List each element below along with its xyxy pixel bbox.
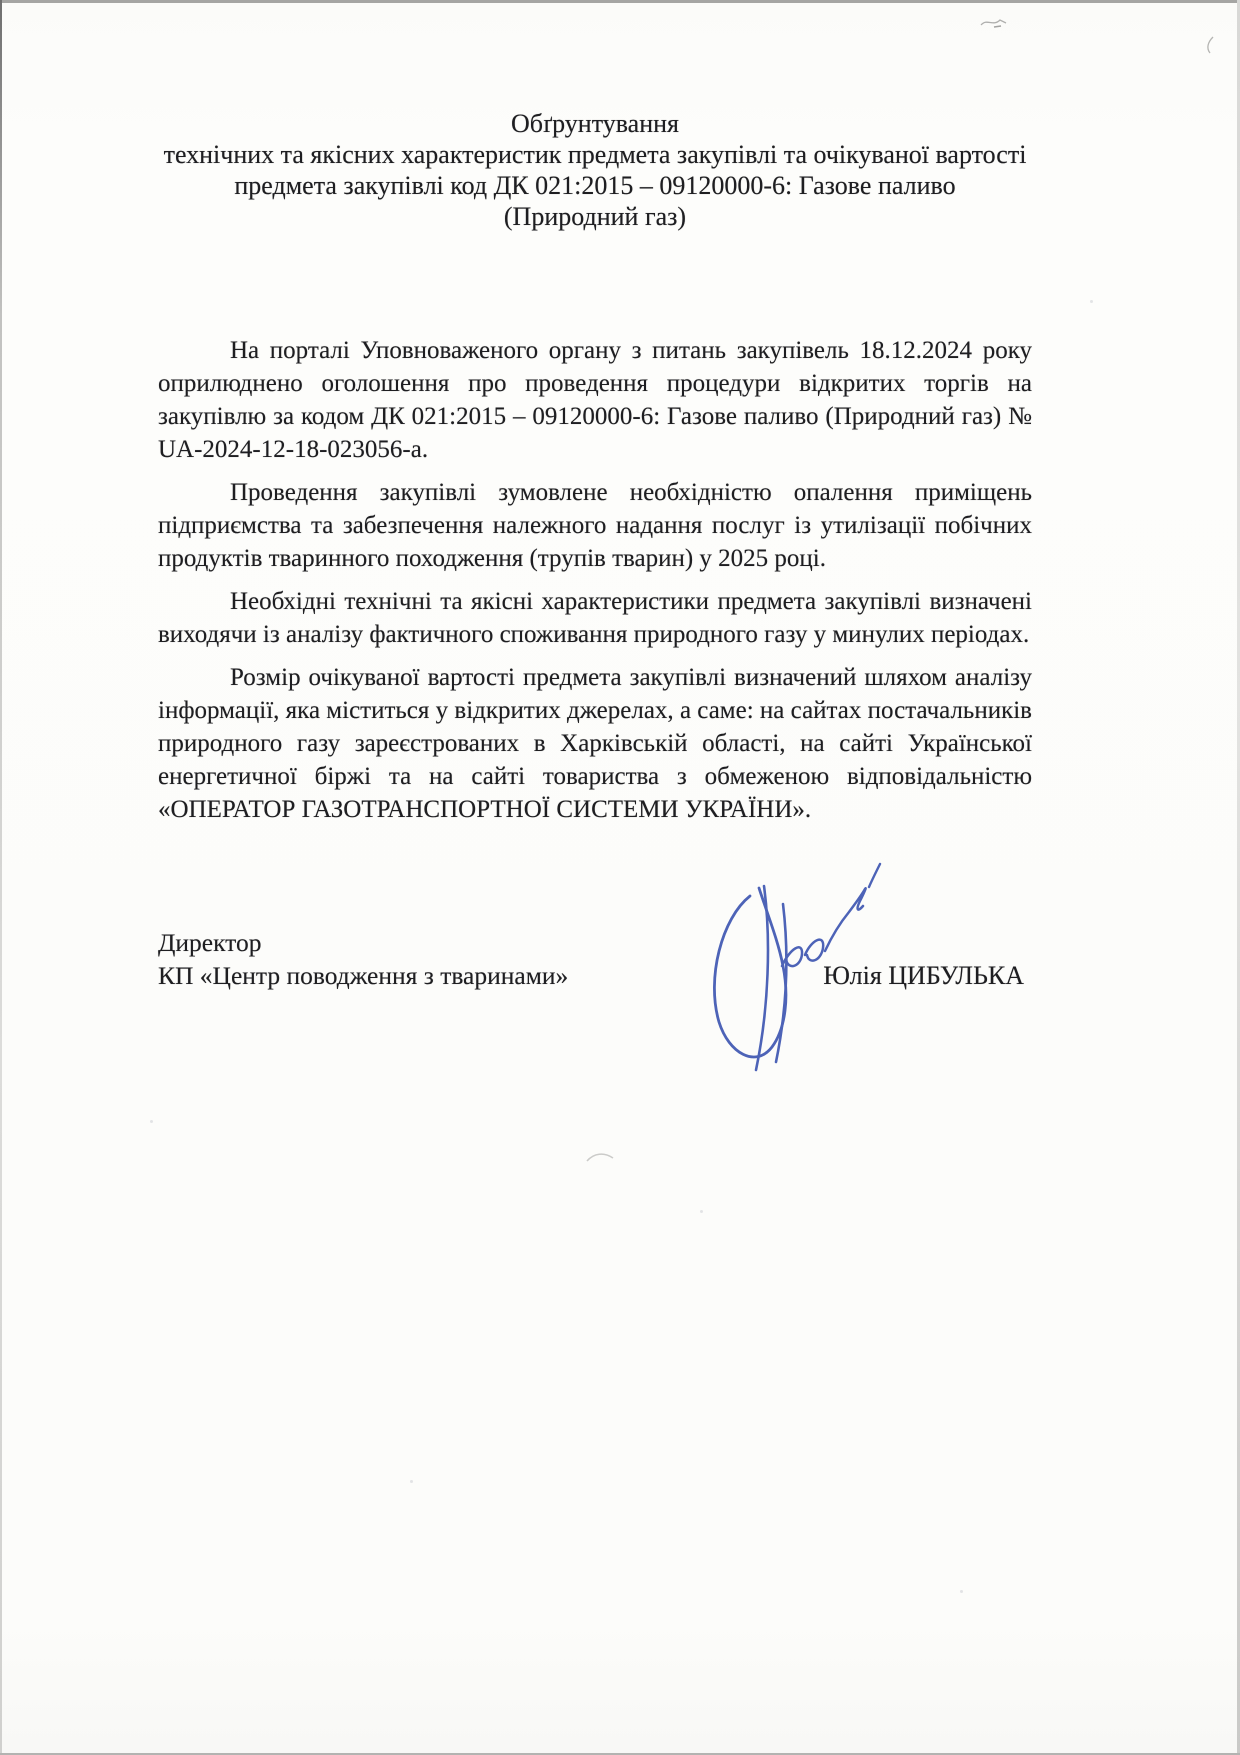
- scan-speck: [960, 1590, 963, 1593]
- title-line-2: технічних та якісних характеристик предм…: [158, 139, 1032, 170]
- title-line-4: (Природний газ): [158, 201, 1032, 232]
- scanned-page: Обґрунтування технічних та якісних харак…: [0, 0, 1240, 1755]
- signer-name: Юлія ЦИБУЛЬКА: [823, 959, 1032, 992]
- scan-speck: [150, 1120, 153, 1123]
- paragraph-expected-value: Розмір очікуваної вартості предмета заку…: [158, 661, 1032, 826]
- document-body: На порталі Уповноваженого органу з питан…: [158, 334, 1032, 826]
- scan-speck: [1090, 300, 1093, 303]
- title-line-1: Обґрунтування: [158, 108, 1032, 139]
- scan-speck: [700, 1210, 703, 1213]
- paragraph-announcement: На порталі Уповноваженого органу з питан…: [158, 334, 1032, 466]
- paragraph-justification: Проведення закупівлі зумовлене необхідні…: [158, 476, 1032, 575]
- scan-artifact-mark: [1203, 36, 1217, 56]
- document-title: Обґрунтування технічних та якісних харак…: [158, 0, 1032, 232]
- paragraph-tech-characteristics: Необхідні технічні та якісні характерист…: [158, 585, 1032, 651]
- scan-speck: [410, 1480, 413, 1483]
- signer-position-line1: Директор: [158, 926, 1032, 959]
- title-line-3: предмета закупівлі код ДК 021:2015 – 091…: [158, 170, 1032, 201]
- document-content: Обґрунтування технічних та якісних харак…: [158, 0, 1032, 1156]
- scan-edge-left: [0, 0, 2, 1755]
- signature-block: Директор КП «Центр поводження з тваринам…: [158, 926, 1032, 1156]
- signer-position-line2: КП «Центр поводження з тваринами»: [158, 959, 568, 992]
